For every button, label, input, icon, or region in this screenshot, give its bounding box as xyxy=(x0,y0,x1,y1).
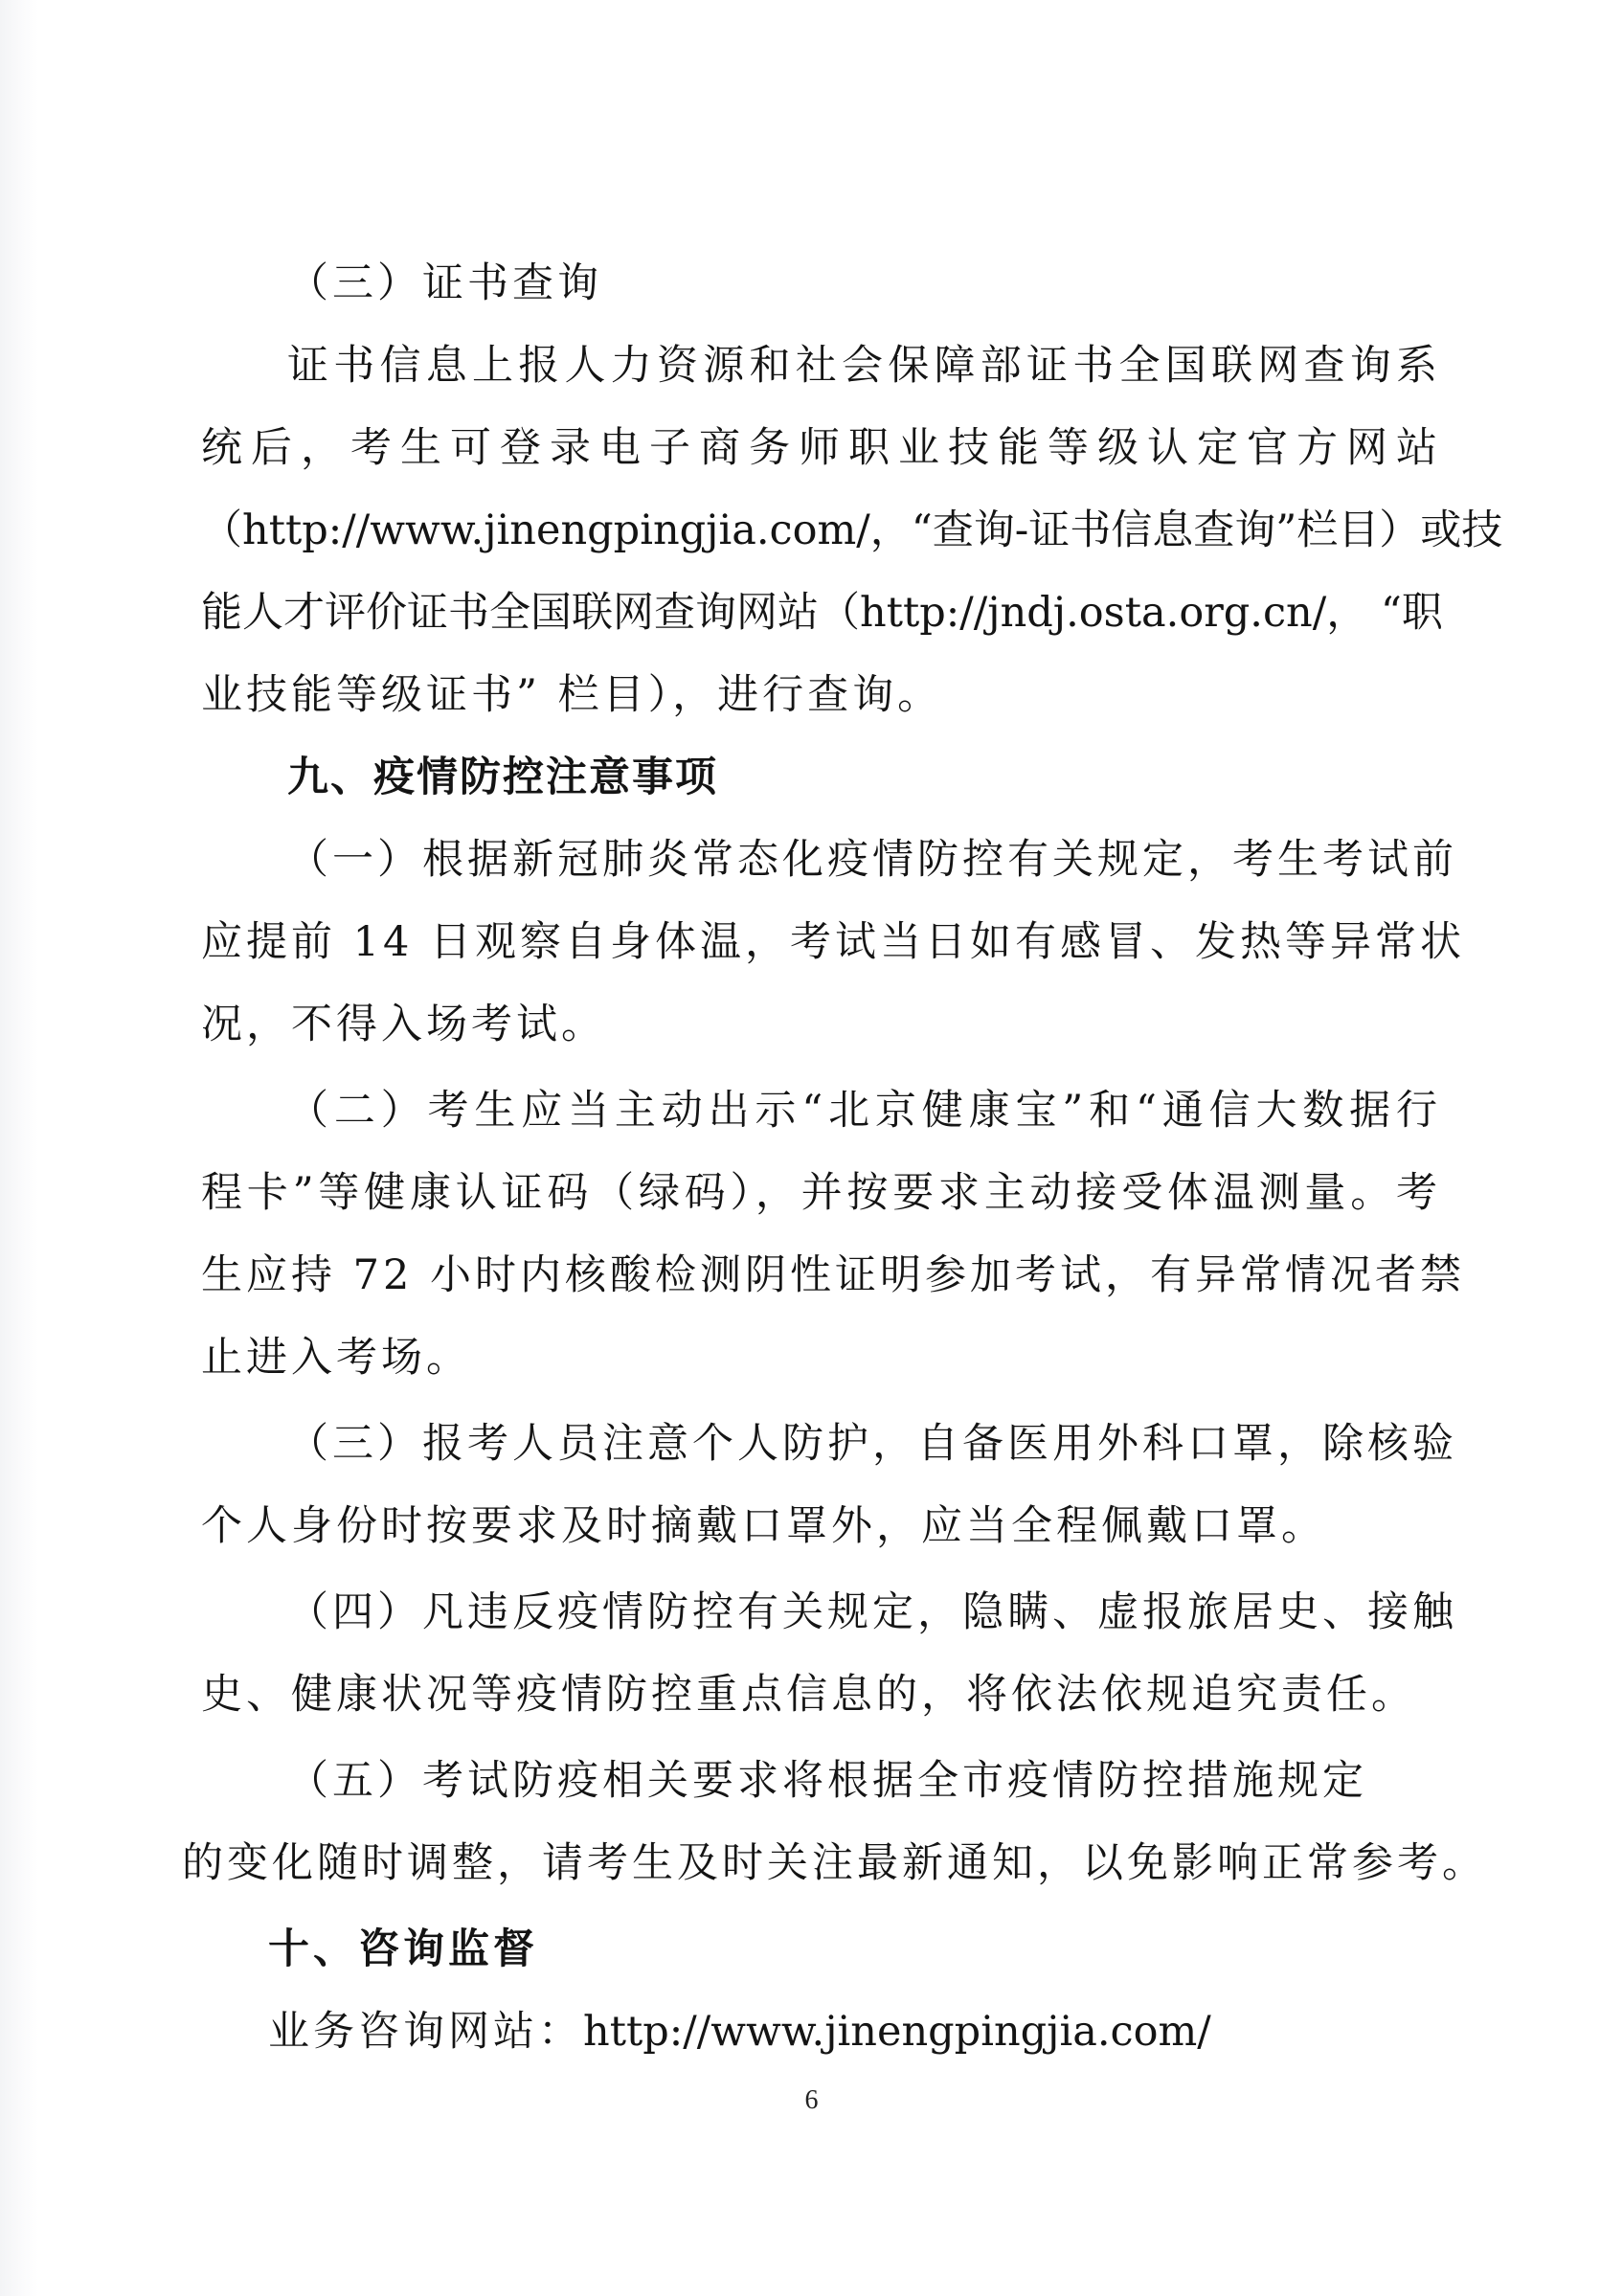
paragraph-line: 的变化随时调整，请考生及时关注最新通知，以免影响正常参考。 xyxy=(182,1836,1422,1890)
subsection-heading-cert-query: （三）证书查询 xyxy=(287,257,1441,310)
document-page: （三）证书查询 证书信息上报人力资源和社会保障部证书全国联网查询系 统后，考生可… xyxy=(0,0,1623,2296)
section-heading-consult-supervision: 十、咨询监督 xyxy=(268,1923,1508,1976)
paragraph-line: 程卡”等健康认证码（绿码），并按要求主动接受体温测量。考 xyxy=(201,1166,1441,1220)
paragraph-line: 业技能等级证书” 栏目），进行查询。 xyxy=(201,668,1441,722)
paragraph-line: 个人身份时按要求及时摘戴口罩外，应当全程佩戴口罩。 xyxy=(201,1499,1441,1553)
paragraph-line: 止进入考场。 xyxy=(201,1331,1441,1384)
page-number: 6 xyxy=(0,2085,1623,2116)
paragraph-line: 生应持 72 小时内核酸检测阴性证明参加考试，有异常情况者禁 xyxy=(201,1249,1441,1302)
paragraph-line-with-link: （http://www.jinengpingjia.com/，“查询-证书信息查… xyxy=(201,504,1441,557)
section-heading-epidemic-prevention: 九、疫情防控注意事项 xyxy=(287,751,1441,804)
paragraph-line: 统后，考生可登录电子商务师职业技能等级认定官方网站 xyxy=(201,421,1441,475)
paragraph-line: 应提前 14 日观察自身体温，考试当日如有感冒、发热等异常状 xyxy=(201,915,1441,969)
paragraph-line-with-link: 能人才评价证书全国联网查询网站（http://jndj.osta.org.cn/… xyxy=(201,586,1441,640)
paragraph-line: （一）根据新冠肺炎常态化疫情防控有关规定，考生考试前 xyxy=(287,833,1441,887)
paragraph-line: （四）凡违反疫情防控有关规定，隐瞒、虚报旅居史、接触 xyxy=(287,1586,1441,1639)
consult-website-link[interactable]: http://www.jinengpingjia.com/ xyxy=(583,2008,1211,2056)
paragraph-line: 况，不得入场考试。 xyxy=(201,998,1441,1051)
paragraph-line: （五）考试防疫相关要求将根据全市疫情防控措施规定 xyxy=(287,1754,1388,1808)
paragraph-line: 证书信息上报人力资源和社会保障部证书全国联网查询系 xyxy=(287,339,1441,393)
paragraph-line: （三）报考人员注意个人防护，自备医用外科口罩，除核验 xyxy=(287,1417,1441,1471)
consult-website-line: 业务咨询网站：http://www.jinengpingjia.com/ xyxy=(268,2005,1211,2059)
consult-website-label: 业务咨询网站： xyxy=(268,2008,583,2056)
paragraph-line: 史、健康状况等疫情防控重点信息的，将依法依规追究责任。 xyxy=(201,1668,1441,1722)
paragraph-line: （二）考生应当主动出示“北京健康宝”和“通信大数据行 xyxy=(287,1084,1441,1137)
